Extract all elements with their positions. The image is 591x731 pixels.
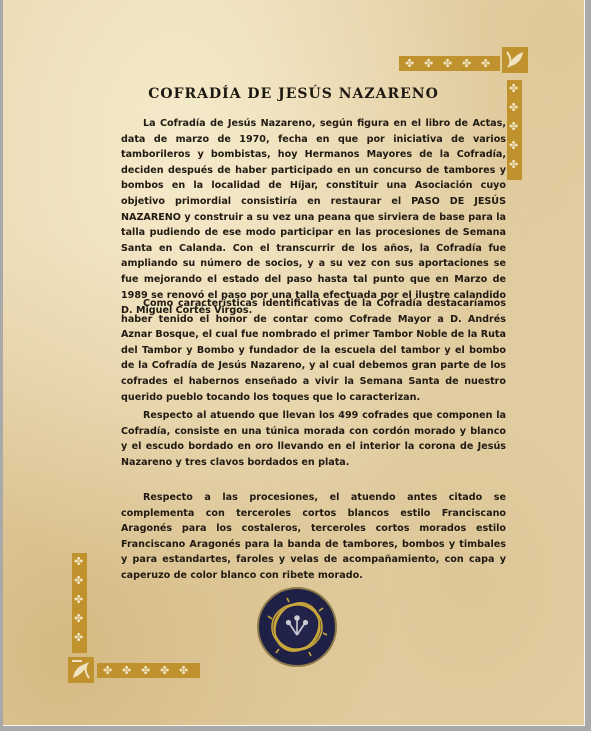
fleuron-motif-icon: ✤ (122, 665, 131, 676)
fleuron-motif-icon: ✤ (443, 58, 452, 69)
fleuron-motif-icon: ✤ (103, 665, 112, 676)
fleuron-motif-icon: ✤ (74, 613, 83, 624)
fleuron-motif-icon: ✤ (160, 665, 169, 676)
paragraph-characteristics: Como características identificativas de … (121, 296, 506, 405)
fleuron-motif-icon: ✤ (424, 58, 433, 69)
fleuron-motif-icon: ✤ (509, 140, 518, 151)
three-nails-icon (287, 616, 308, 635)
paragraph-attire: Respecto al atuendo que llevan los 499 c… (121, 408, 506, 470)
fleuron-motif-icon: ✤ (481, 58, 490, 69)
fleuron-motif-icon: ✤ (74, 556, 83, 567)
crown-of-thorns-icon (259, 589, 335, 665)
fleuron-motif-icon: ✤ (509, 121, 518, 132)
fleuron-motif-icon: ✤ (405, 58, 414, 69)
crown-of-thorns-emblem (257, 587, 337, 667)
page-title: COFRADÍA DE JESÚS NAZARENO (3, 86, 584, 102)
top-right-corner-leaf-icon (502, 47, 528, 73)
fleuron-motif-icon: ✤ (74, 594, 83, 605)
fleuron-motif-icon: ✤ (74, 575, 83, 586)
fleuron-motif-icon: ✤ (74, 632, 83, 643)
fleuron-motif-icon: ✤ (141, 665, 150, 676)
paragraph-processions: Respecto a las procesiones, el atuendo a… (121, 490, 506, 584)
fleuron-motif-icon: ✤ (509, 159, 518, 170)
bottom-left-corner-leaf-icon (68, 657, 94, 683)
fleuron-motif-icon: ✤ (179, 665, 188, 676)
fleuron-motif-icon: ✤ (462, 58, 471, 69)
paragraph-history: La Cofradía de Jesús Nazareno, según fig… (121, 116, 506, 319)
fleuron-motif-icon: ✤ (509, 102, 518, 113)
document-page: ✤✤✤✤✤✤✤✤✤✤✤✤✤✤✤✤✤✤✤✤ COFRADÍA DE JESÚS N… (3, 0, 585, 726)
